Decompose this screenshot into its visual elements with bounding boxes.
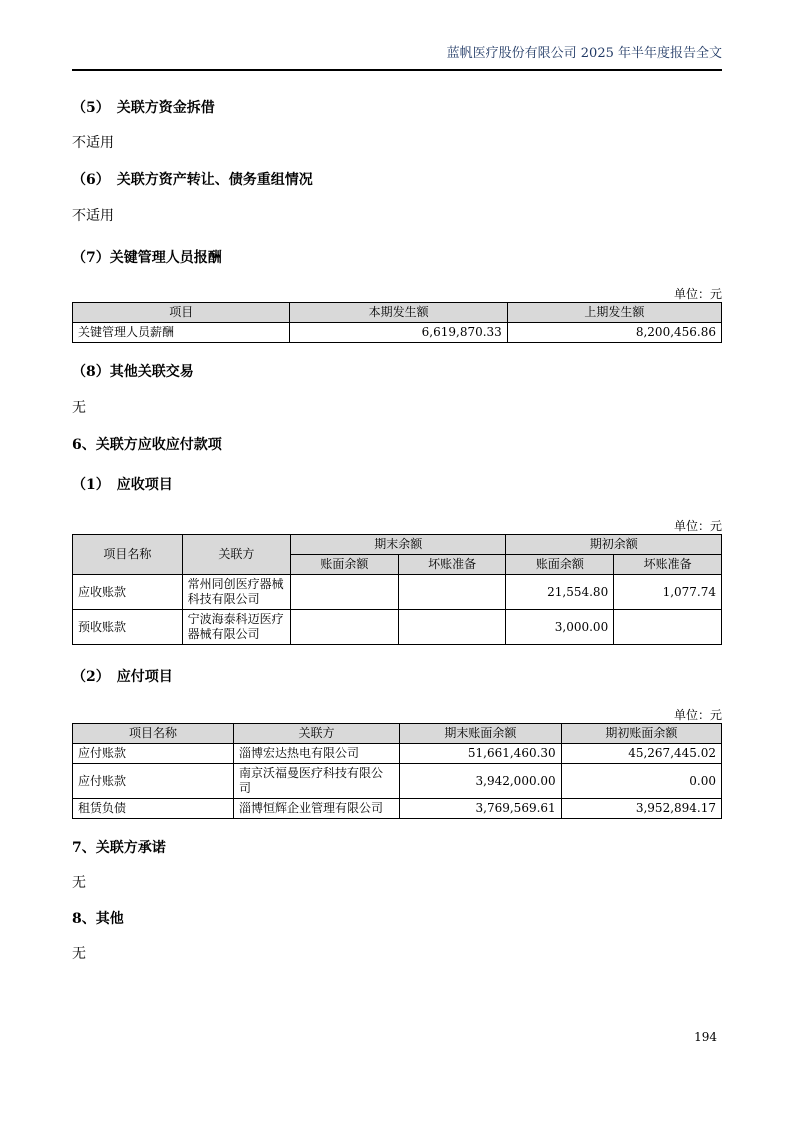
payables-table: 项目名称 关联方 期末账面余额 期初账面余额 应付账款 淄博宏达热电有限公司 5…	[72, 723, 722, 819]
table-cell-item: 预收账款	[73, 610, 183, 645]
table-cell-current-amount: 6,619,870.33	[290, 323, 507, 343]
table-cell-beginning-bad	[614, 610, 722, 645]
column-header-prior-period: 上期发生额	[507, 303, 721, 323]
column-header-ending-book-balance: 期末账面余额	[400, 724, 562, 744]
column-header-item-name: 项目名称	[73, 535, 183, 575]
payables-table-header-row: 项目名称 关联方 期末账面余额 期初账面余额	[73, 724, 722, 744]
unit-label-payables: 单位：元	[72, 708, 722, 723]
table-cell-ending-amount: 3,942,000.00	[400, 764, 562, 799]
text-none-other-transactions: 无	[72, 399, 722, 417]
column-header-ending-bad-debt: 坏账准备	[398, 555, 506, 575]
table-cell-item: 应收账款	[73, 575, 183, 610]
unit-label-compensation: 单位：元	[72, 287, 722, 302]
column-header-current-period: 本期发生额	[290, 303, 507, 323]
column-header-item-name: 项目名称	[73, 724, 234, 744]
table-cell-ending-book	[291, 575, 399, 610]
text-none-commitments: 无	[72, 874, 722, 892]
table-cell-item: 租赁负债	[73, 799, 234, 819]
table-row: 预收账款 宁波海泰科迈医疗器械有限公司 3,000.00	[73, 610, 722, 645]
heading-asset-transfer-debt-restructuring: （6） 关联方资产转让、债务重组情况	[72, 171, 722, 189]
table-cell-item: 关键管理人员薪酬	[73, 323, 290, 343]
heading-other-related-transactions: （8）其他关联交易	[72, 363, 722, 381]
heading-receivable-items: （1） 应收项目	[72, 476, 722, 494]
table-cell-party: 南京沃福曼医疗科技有限公司	[233, 764, 399, 799]
column-group-ending-balance: 期末余额	[291, 535, 506, 555]
compensation-table-header-row: 项目 本期发生额 上期发生额	[73, 303, 722, 323]
table-row: 应付账款 南京沃福曼医疗科技有限公司 3,942,000.00 0.00	[73, 764, 722, 799]
table-row: 应付账款 淄博宏达热电有限公司 51,661,460.30 45,267,445…	[73, 744, 722, 764]
table-cell-beginning-amount: 0.00	[561, 764, 721, 799]
report-page: 蓝帆医疗股份有限公司 2025 年半年度报告全文 （5） 关联方资金拆借 不适用…	[0, 0, 794, 1123]
table-cell-party: 淄博恒辉企业管理有限公司	[233, 799, 399, 819]
table-cell-party: 宁波海泰科迈医疗器械有限公司	[182, 610, 290, 645]
column-header-item: 项目	[73, 303, 290, 323]
text-not-applicable-transfer: 不适用	[72, 207, 722, 225]
column-header-related-party: 关联方	[182, 535, 290, 575]
column-header-beginning-book-balance: 期初账面余额	[561, 724, 721, 744]
table-cell-beginning-amount: 45,267,445.02	[561, 744, 721, 764]
table-cell-beginning-book: 21,554.80	[506, 575, 614, 610]
report-header-title: 蓝帆医疗股份有限公司 2025 年半年度报告全文	[72, 46, 722, 62]
page-number: 194	[694, 1030, 717, 1045]
heading-other: 8、其他	[72, 910, 722, 928]
table-cell-ending-bad	[398, 610, 506, 645]
page-content: （5） 关联方资金拆借 不适用 （6） 关联方资产转让、债务重组情况 不适用 （…	[72, 99, 722, 963]
text-none-other: 无	[72, 945, 722, 963]
table-cell-ending-amount: 51,661,460.30	[400, 744, 562, 764]
table-cell-party: 常州同创医疗器械科技有限公司	[182, 575, 290, 610]
table-cell-item: 应付账款	[73, 764, 234, 799]
table-cell-item: 应付账款	[73, 744, 234, 764]
unit-label-receivables: 单位：元	[72, 519, 722, 534]
unit-label-text: 单位：元	[674, 519, 722, 533]
unit-label-text: 单位：元	[674, 708, 722, 722]
table-cell-ending-bad	[398, 575, 506, 610]
heading-related-party-commitments: 7、关联方承诺	[72, 839, 722, 857]
page-header: 蓝帆医疗股份有限公司 2025 年半年度报告全文	[72, 0, 722, 71]
column-group-beginning-balance: 期初余额	[506, 535, 722, 555]
receivables-table-header-row-1: 项目名称 关联方 期末余额 期初余额	[73, 535, 722, 555]
table-row: 应收账款 常州同创医疗器械科技有限公司 21,554.80 1,077.74	[73, 575, 722, 610]
compensation-table: 项目 本期发生额 上期发生额 关键管理人员薪酬 6,619,870.33 8,2…	[72, 302, 722, 343]
column-header-beginning-book-balance: 账面余额	[506, 555, 614, 575]
table-cell-prior-amount: 8,200,456.86	[507, 323, 721, 343]
table-cell-ending-book	[291, 610, 399, 645]
column-header-related-party: 关联方	[233, 724, 399, 744]
table-cell-beginning-amount: 3,952,894.17	[561, 799, 721, 819]
column-header-ending-book-balance: 账面余额	[291, 555, 399, 575]
heading-payable-items: （2） 应付项目	[72, 668, 722, 686]
unit-label-text: 单位：元	[674, 287, 722, 301]
heading-related-party-receivables-payables: 6、关联方应收应付款项	[72, 436, 722, 454]
table-cell-beginning-book: 3,000.00	[506, 610, 614, 645]
text-not-applicable-lending: 不适用	[72, 134, 722, 152]
column-header-beginning-bad-debt: 坏账准备	[614, 555, 722, 575]
heading-key-management-compensation: （7）关键管理人员报酬	[72, 249, 722, 267]
table-row: 关键管理人员薪酬 6,619,870.33 8,200,456.86	[73, 323, 722, 343]
table-cell-party: 淄博宏达热电有限公司	[233, 744, 399, 764]
receivables-table: 项目名称 关联方 期末余额 期初余额 账面余额 坏账准备 账面余额 坏账准备 应…	[72, 534, 722, 645]
table-cell-ending-amount: 3,769,569.61	[400, 799, 562, 819]
heading-related-party-lending: （5） 关联方资金拆借	[72, 99, 722, 117]
table-row: 租赁负债 淄博恒辉企业管理有限公司 3,769,569.61 3,952,894…	[73, 799, 722, 819]
table-cell-beginning-bad: 1,077.74	[614, 575, 722, 610]
